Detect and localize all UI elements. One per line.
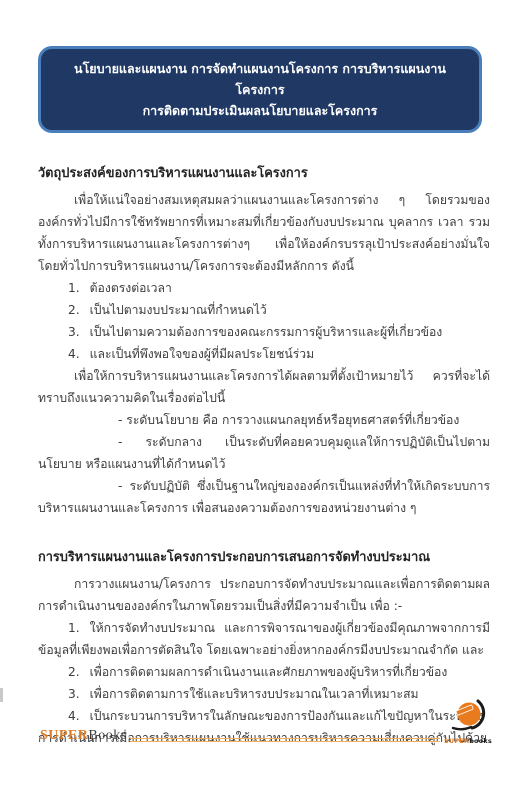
footer-brand-books: Books bbox=[88, 728, 126, 743]
header-title-line1: นโยบายและแผนงาน การจัดทำแผนงานโครงการ กา… bbox=[51, 58, 469, 100]
scan-artifact bbox=[0, 688, 3, 702]
logo-wordmark-super: SUPER bbox=[444, 737, 469, 745]
footer-brand: SUPERBooks bbox=[40, 728, 127, 744]
header-title-line2: การติดตามประเมินผลนโยบายและโครงการ bbox=[51, 100, 469, 121]
level-item-operational: - ระดับปฏิบัติ ซึ่งเป็นฐานใหญ่ขององค์กรเ… bbox=[38, 475, 490, 519]
header-title-box: นโยบายและแผนงาน การจัดทำแผนงานโครงการ กา… bbox=[38, 46, 482, 133]
document-body: วัตถุประสงค์ของการบริหารแผนงานและโครงการ… bbox=[0, 163, 520, 749]
logo-wordmark: SUPERbooks bbox=[438, 737, 498, 745]
logo-wordmark-books: books bbox=[469, 737, 492, 745]
objectives-intro-paragraph: เพื่อให้แน่ใจอย่างสมเหตุสมผลว่าแผนงานและ… bbox=[38, 189, 490, 277]
budget-item-2: 2.เพื่อการติดตามผลการดำเนินงานและศักยภาพ… bbox=[38, 661, 490, 683]
document-page: นโยบายและแผนงาน การจัดทำแผนงานโครงการ กา… bbox=[0, 0, 520, 793]
principle-item-1: 1.ต้องตรงต่อเวลา bbox=[38, 277, 490, 299]
budget-intro-paragraph: การวางแผนงาน/โครงการ ประกอบการจัดทำงบประ… bbox=[38, 573, 490, 617]
section-budget-title: การบริหารแผนงานและโครงการประกอบการเสนอกา… bbox=[38, 547, 490, 569]
budget-text-2: เพื่อการติดตามผลการดำเนินงานและศักยภาพขอ… bbox=[90, 665, 448, 679]
footer-brand-super: SUPER bbox=[40, 728, 88, 743]
principle-item-3: 3.เป็นไปตามความต้องการของคณะกรรมการผู้บร… bbox=[38, 321, 490, 343]
principle-text-2: เป็นไปตามงบประมาณที่กำหนดไว้ bbox=[90, 303, 267, 317]
budget-item-1: 1.ให้การจัดทำงบประมาณ และการพิจารณาของผู… bbox=[38, 617, 490, 661]
concepts-intro-paragraph: เพื่อให้การบริหารแผนงานและโครงการได้ผลตา… bbox=[38, 365, 490, 409]
level-item-policy: - ระดับนโยบาย คือ การวางแผนกลยุทธ์หรือยุ… bbox=[38, 409, 490, 431]
principle-text-4: และเป็นที่พึงพอใจของผู้ที่มีผลประโยชน์ร่… bbox=[90, 347, 315, 361]
principle-number-1: 1. bbox=[68, 281, 80, 295]
section-objectives-title: วัตถุประสงค์ของการบริหารแผนงานและโครงการ bbox=[38, 163, 490, 185]
principle-number-4: 4. bbox=[68, 347, 80, 361]
superbooks-logo: SUPERbooks bbox=[438, 696, 498, 745]
principle-text-1: ต้องตรงต่อเวลา bbox=[90, 281, 172, 295]
principle-number-2: 2. bbox=[68, 303, 80, 317]
principle-number-3: 3. bbox=[68, 325, 80, 339]
page-footer: SUPERBooks SUPERbooks bbox=[0, 696, 520, 766]
principle-item-2: 2.เป็นไปตามงบประมาณที่กำหนดไว้ bbox=[38, 299, 490, 321]
budget-number-2: 2. bbox=[68, 665, 80, 679]
budget-number-1: 1. bbox=[68, 621, 80, 635]
superbooks-logo-icon bbox=[438, 696, 498, 736]
principle-text-3: เป็นไปตามความต้องการของคณะกรรมการผู้บริห… bbox=[90, 325, 443, 339]
level-item-middle: - ระดับกลาง เป็นระดับที่คอยควบคุมดูแลให้… bbox=[38, 431, 490, 475]
principle-item-4: 4.และเป็นที่พึงพอใจของผู้ที่มีผลประโยชน์… bbox=[38, 343, 490, 365]
footer-divider-rule bbox=[130, 738, 440, 742]
budget-text-1: ให้การจัดทำงบประมาณ และการพิจารณาของผู้เ… bbox=[38, 621, 490, 657]
